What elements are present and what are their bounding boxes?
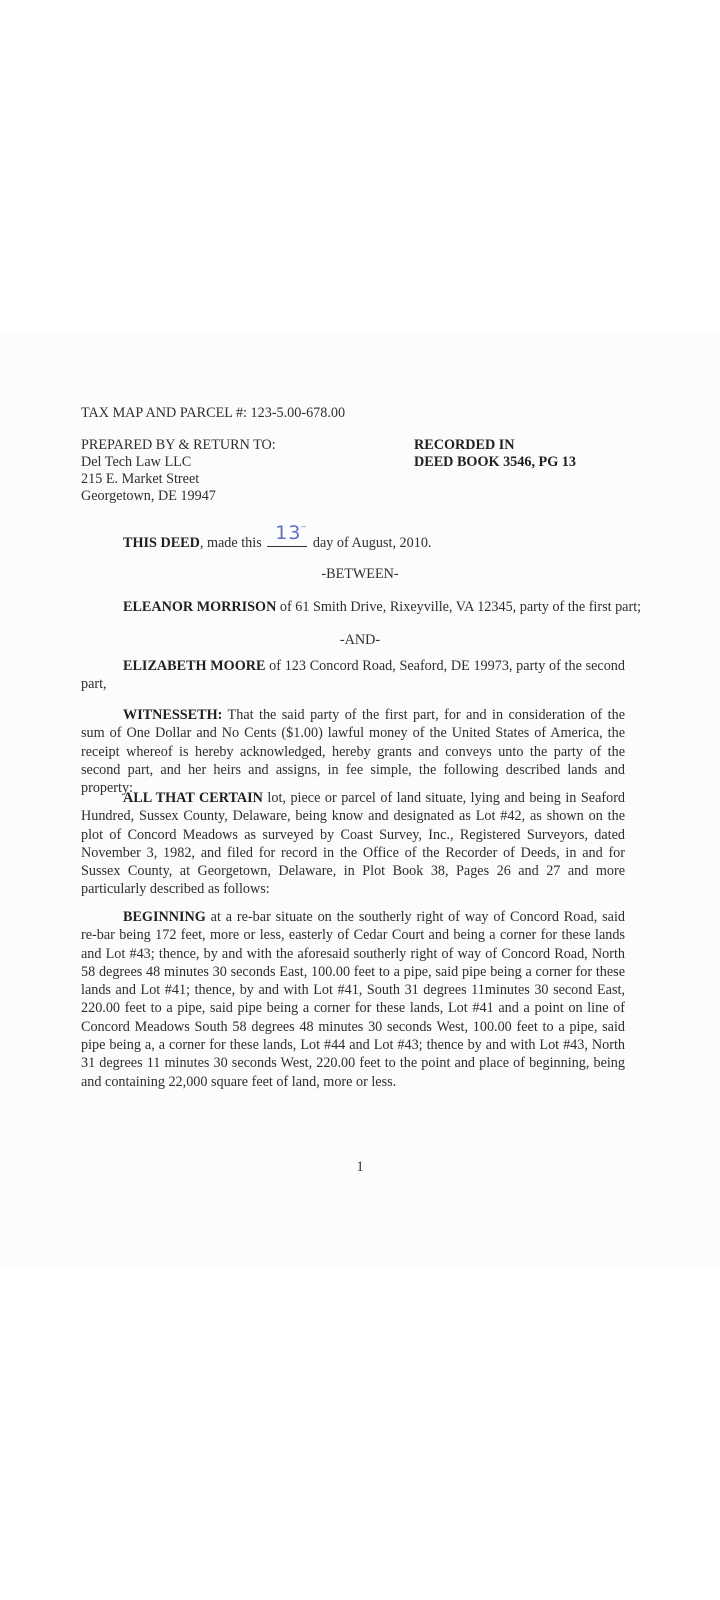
prepared-by-label: PREPARED BY & RETURN TO: xyxy=(81,436,276,454)
deed-date-text-before: , made this xyxy=(200,535,265,551)
this-deed-lead: THIS DEED xyxy=(123,535,200,551)
property-description-text: lot, piece or parcel of land situate, ly… xyxy=(81,790,625,897)
recorded-in-label: RECORDED IN xyxy=(414,436,515,454)
deed-date-text-after: day of August, 2010. xyxy=(309,535,431,551)
property-description-paragraph: ALL THAT CERTAIN lot, piece or parcel of… xyxy=(81,789,625,899)
second-party-name: ELIZABETH MOORE xyxy=(123,658,265,674)
handwritten-day-suffix: ‾ xyxy=(301,526,307,536)
witnesseth-paragraph: WITNESSETH: That the said party of the f… xyxy=(81,706,625,797)
preparer-city: Georgetown, DE 19947 xyxy=(81,487,216,505)
beginning-lead: BEGINNING xyxy=(123,909,206,925)
preparer-street: 215 E. Market Street xyxy=(81,470,199,488)
first-party-name: ELEANOR MORRISON xyxy=(123,599,276,615)
between-heading: -BETWEEN- xyxy=(0,565,720,583)
tax-map-parcel: TAX MAP AND PARCEL #: 123-5.00-678.00 xyxy=(81,404,345,422)
and-heading: -AND- xyxy=(0,631,720,649)
date-blank: 13‾ xyxy=(267,531,307,547)
handwritten-day-number: 13 xyxy=(275,522,301,544)
witnesseth-lead: WITNESSETH: xyxy=(123,707,222,723)
first-party-address: of 61 Smith Drive, Rixeyville, VA 12345,… xyxy=(276,599,641,615)
metes-and-bounds-paragraph: BEGINNING at a re-bar situate on the sou… xyxy=(81,908,625,1091)
second-party-paragraph: ELIZABETH MOORE of 123 Concord Road, Sea… xyxy=(81,657,625,694)
first-party-line: ELEANOR MORRISON of 61 Smith Drive, Rixe… xyxy=(123,598,641,616)
preparer-name: Del Tech Law LLC xyxy=(81,453,191,471)
page-number: 1 xyxy=(0,1158,720,1176)
metes-and-bounds-text: at a re-bar situate on the southerly rig… xyxy=(81,909,625,1090)
deed-date-line: THIS DEED, made this 13‾ day of August, … xyxy=(123,531,431,552)
deed-book-reference: DEED BOOK 3546, PG 13 xyxy=(414,453,576,471)
all-that-certain-lead: ALL THAT CERTAIN xyxy=(123,790,263,806)
handwritten-day: 13‾ xyxy=(275,524,307,542)
